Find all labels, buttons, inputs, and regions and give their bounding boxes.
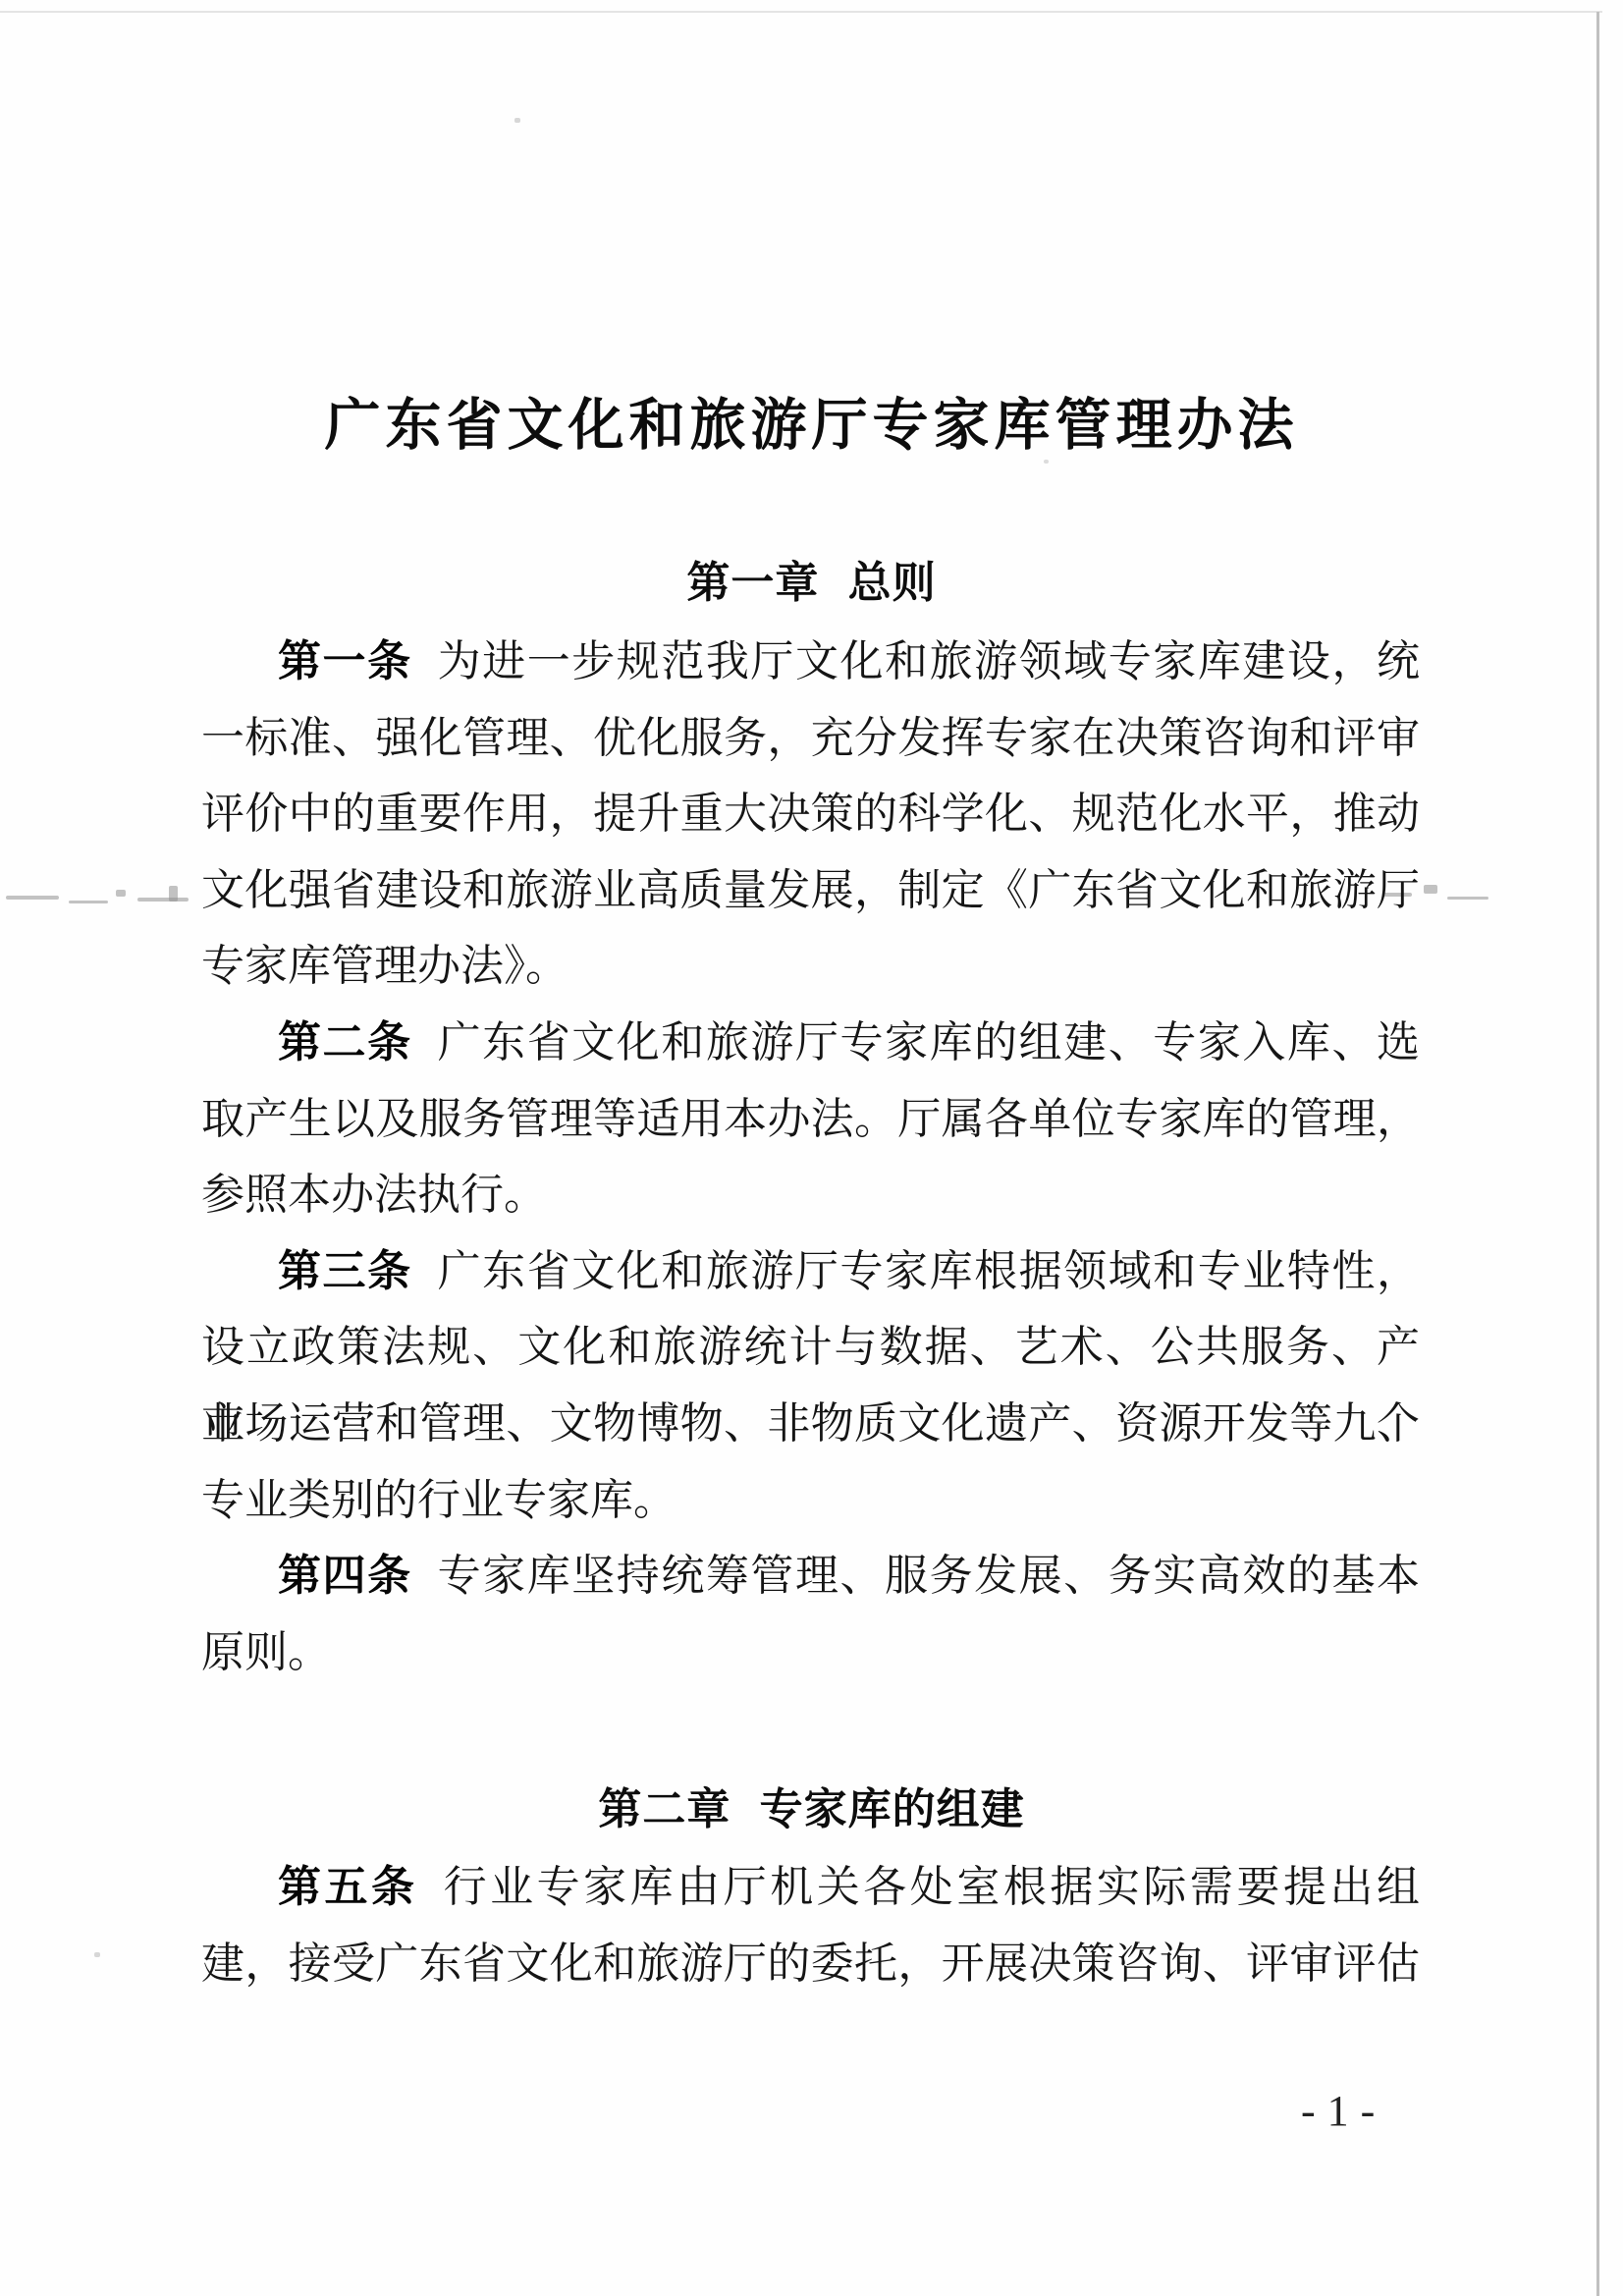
scan-speck <box>1424 885 1437 894</box>
article-5: 第五条行业专家库由厅机关各处室根据实际需要提出组 建，接受广东省文化和旅游厅的委… <box>201 1849 1420 2001</box>
text-run: 行业专家库由厅机关各处室根据实际需要提出组 <box>444 1863 1420 1911</box>
article-2-label: 第二条 <box>278 1018 412 1066</box>
article-5-label: 第五条 <box>278 1863 418 1911</box>
article-3: 第三条广东省文化和旅游厅专家库根据领域和专业特性， 设立政策法规、文化和旅游统计… <box>201 1233 1420 1538</box>
article-1-label: 第一条 <box>278 637 412 685</box>
text-line: 专业类别的行业专家库。 <box>201 1462 1420 1539</box>
text-line: 第二条广东省文化和旅游厅专家库的组建、专家入库、选 <box>201 1005 1420 1081</box>
page-number: -1- <box>1301 2088 1386 2135</box>
text-line: 第四条专家库坚持统筹管理、服务发展、务实高效的基本 <box>201 1538 1420 1614</box>
text-run: 广东省文化和旅游厅专家库根据领域和专业特性， <box>438 1247 1420 1295</box>
text-line: 第五条行业专家库由厅机关各处室根据实际需要提出组 <box>201 1849 1420 1926</box>
text-line: 市场运营和管理、文物博物、非物质文化遗产、资源开发等九个 <box>201 1386 1420 1462</box>
document-title: 广东省文化和旅游厅专家库管理办法 <box>0 389 1623 464</box>
scan-speck <box>137 898 189 902</box>
text-line: 原则。 <box>201 1614 1420 1691</box>
article-4-label: 第四条 <box>278 1552 412 1600</box>
text-run: 广东省文化和旅游厅专家库的组建、专家入库、选 <box>438 1018 1420 1066</box>
scan-speck <box>116 890 126 897</box>
text-line: 设立政策法规、文化和旅游统计与数据、艺术、公共服务、产业、 <box>201 1309 1420 1386</box>
document-page: 广东省文化和旅游厅专家库管理办法 第一章 总则 第一条为进一步规范我厅文化和旅游… <box>0 0 1623 2296</box>
chapter-2-heading: 第二章 专家库的组建 <box>0 1782 1623 1837</box>
scan-speck <box>94 1952 100 1957</box>
article-4: 第四条专家库坚持统筹管理、服务发展、务实高效的基本 原则。 <box>201 1538 1420 1690</box>
scan-speck <box>1447 897 1488 900</box>
text-line: 参照本办法执行。 <box>201 1157 1420 1233</box>
scan-speck <box>514 118 520 123</box>
chapter-1-body: 第一条为进一步规范我厅文化和旅游领域专家库建设，统 一标准、强化管理、优化服务，… <box>201 624 1420 1690</box>
article-3-label: 第三条 <box>278 1247 412 1295</box>
scan-speck <box>6 896 59 900</box>
chapter-2-body: 第五条行业专家库由厅机关各处室根据实际需要提出组 建，接受广东省文化和旅游厅的委… <box>201 1849 1420 2001</box>
scan-speck <box>169 886 178 902</box>
text-line: 一标准、强化管理、优化服务，充分发挥专家在决策咨询和评审 <box>201 700 1420 777</box>
article-2: 第二条广东省文化和旅游厅专家库的组建、专家入库、选 取产生以及服务管理等适用本办… <box>201 1005 1420 1233</box>
text-line: 文化强省建设和旅游业高质量发展，制定《广东省文化和旅游厅 <box>201 852 1420 929</box>
text-line: 取产生以及服务管理等适用本办法。厅属各单位专家库的管理， <box>201 1081 1420 1158</box>
scan-speck <box>69 901 108 903</box>
scan-edge-top-line <box>0 11 1602 13</box>
article-1: 第一条为进一步规范我厅文化和旅游领域专家库建设，统 一标准、强化管理、优化服务，… <box>201 624 1420 1005</box>
scan-edge-right-line <box>1596 12 1599 2296</box>
chapter-1-heading: 第一章 总则 <box>0 556 1623 611</box>
text-run: 专家库坚持统筹管理、服务发展、务实高效的基本 <box>438 1552 1420 1600</box>
text-line: 第一条为进一步规范我厅文化和旅游领域专家库建设，统 <box>201 624 1420 700</box>
text-run: 为进一步规范我厅文化和旅游领域专家库建设，统 <box>438 637 1420 685</box>
text-line: 专家库管理办法》。 <box>201 928 1420 1005</box>
text-line: 第三条广东省文化和旅游厅专家库根据领域和专业特性， <box>201 1233 1420 1310</box>
text-line: 建，接受广东省文化和旅游厅的委托，开展决策咨询、评审评估 <box>201 1926 1420 2002</box>
text-line: 评价中的重要作用，提升重大决策的科学化、规范化水平，推动 <box>201 776 1420 852</box>
